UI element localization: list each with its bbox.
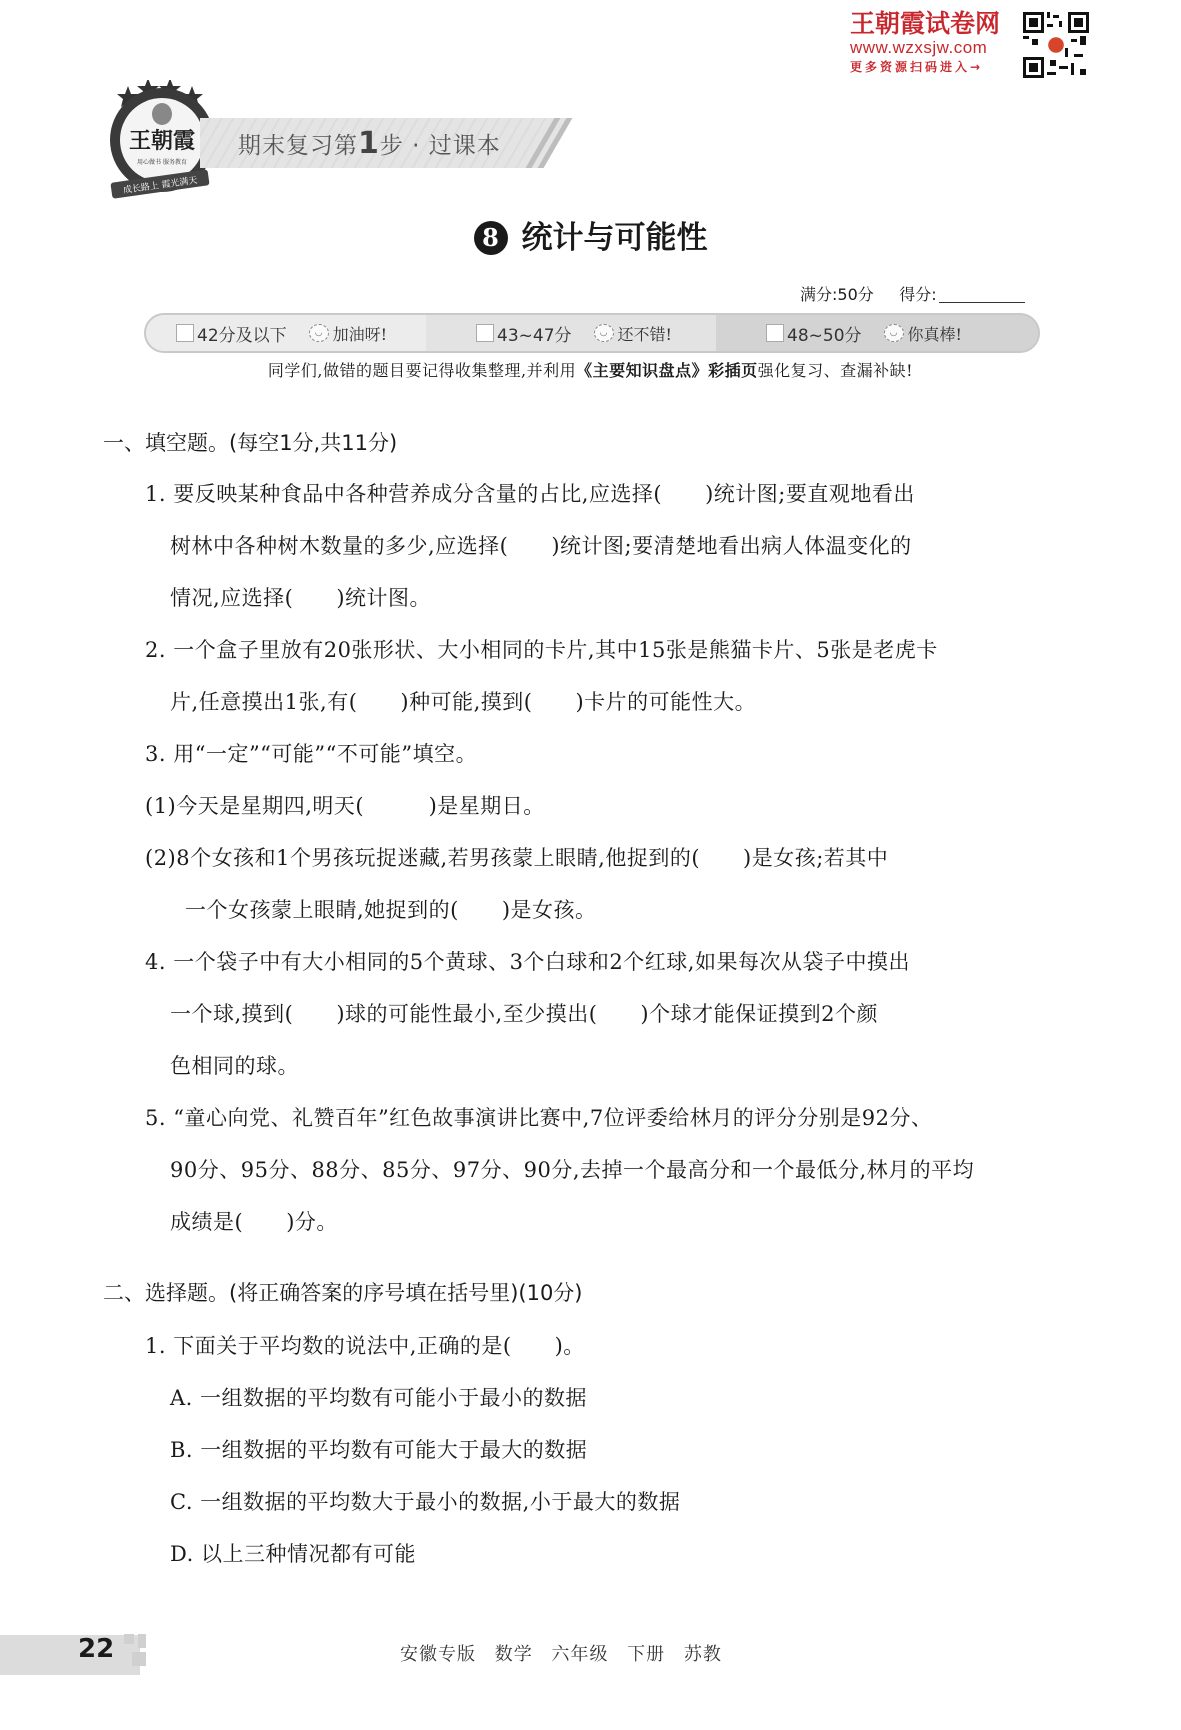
banner-title: 期末复习第1步 · 过课本	[238, 126, 501, 161]
grade-range: 43~47分	[497, 321, 572, 346]
question-line: 90分、95分、88分、85分、97分、90分,去掉一个最高分和一个最低分,林月…	[170, 1154, 974, 1184]
brand-tip: 更多资源扫码进入→	[850, 58, 1020, 76]
smile-face-icon: ◡	[594, 324, 614, 342]
question-line: 4. 一个袋子中有大小相同的5个黄球、3个白球和2个红球,如果每次从袋子中摸出	[145, 946, 910, 976]
brand-url[interactable]: www.wzxsjw.com	[850, 38, 1020, 58]
grade-message: 加油呀!	[333, 322, 387, 345]
grade-checkbox[interactable]	[176, 324, 194, 342]
footer-decoration	[138, 1634, 146, 1648]
cheer-face-icon: ◡	[309, 324, 329, 342]
score-input[interactable]	[939, 286, 1025, 303]
grade-checkbox[interactable]	[766, 324, 784, 342]
grade-message: 你真棒!	[908, 322, 962, 345]
question-line: 1. 要反映某种食品中各种营养成分含量的占比,应选择( )统计图;要直观地看出	[145, 478, 915, 508]
footer-decoration	[124, 1634, 134, 1644]
question-line: (1)今天是星期四,明天( )是星期日。	[145, 790, 545, 820]
choice-option-c: C. 一组数据的平均数大于最小的数据,小于最大的数据	[170, 1486, 680, 1516]
brand-block: 王朝霞试卷网 www.wzxsjw.com 更多资源扫码进入→	[850, 10, 1020, 76]
got-score-label: 得分:	[899, 285, 936, 304]
svg-text:王朝霞: 王朝霞	[129, 128, 195, 154]
footer-book-info: 安徽专版 数学 六年级 下册 苏教	[400, 1640, 722, 1666]
brand-title: 王朝霞试卷网	[850, 10, 1020, 38]
grade-segment-mid: 43~47分 ◡ 还不错!	[426, 315, 736, 351]
score-line: 满分:50分 得分:	[800, 282, 1025, 305]
footer-band	[0, 1635, 140, 1675]
question-line: 一个球,摸到( )球的可能性最小,至少摸出( )个球才能保证摸到2个颜	[170, 998, 878, 1028]
question-line: 情况,应选择( )统计图。	[170, 582, 431, 612]
choice-question: 1. 下面关于平均数的说法中,正确的是( )。	[145, 1330, 585, 1360]
question-line: 一个女孩蒙上眼睛,她捉到的( )是女孩。	[185, 894, 597, 924]
question-line: 色相同的球。	[170, 1050, 299, 1080]
svg-text:用心做书 服务教育: 用心做书 服务教育	[137, 158, 187, 166]
question-line: 树林中各种树木数量的多少,应选择( )统计图;要清楚地看出病人体温变化的	[170, 530, 912, 560]
question-line: 片,任意摸出1张,有( )种可能,摸到( )卡片的可能性大。	[170, 686, 756, 716]
grade-bar: 42分及以下 ◡ 加油呀! 43~47分 ◡ 还不错! 48~50分 ◡ 你真棒…	[144, 313, 1040, 353]
choice-option-a: A. 一组数据的平均数有可能小于最小的数据	[170, 1382, 587, 1412]
question-line: 3. 用“一定”“可能”“不可能”填空。	[145, 738, 477, 768]
section-title-fill-blank: 一、填空题。(每空1分,共11分)	[103, 427, 397, 457]
question-line: 成绩是( )分。	[170, 1206, 338, 1236]
qr-code-icon[interactable]	[1023, 12, 1089, 78]
full-score-label: 满分:50分	[800, 285, 874, 304]
question-line: (2)8个女孩和1个男孩玩捉迷藏,若男孩蒙上眼睛,他捉到的( )是女孩;若其中	[145, 842, 888, 872]
unit-title: 8统计与可能性	[0, 212, 1181, 257]
grade-range: 42分及以下	[197, 321, 287, 346]
question-line: 2. 一个盒子里放有20张形状、大小相同的卡片,其中15张是熊猫卡片、5张是老虎…	[145, 634, 938, 664]
grade-segment-low: 42分及以下 ◡ 加油呀!	[146, 315, 446, 351]
footer-decoration	[132, 1652, 146, 1666]
choice-option-d: D. 以上三种情况都有可能	[170, 1538, 416, 1568]
unit-number-badge: 8	[474, 221, 508, 255]
section-title-choice: 二、选择题。(将正确答案的序号填在括号里)(10分)	[103, 1277, 583, 1307]
grade-range: 48~50分	[787, 321, 862, 346]
grade-segment-high: 48~50分 ◡ 你真棒!	[716, 315, 1038, 351]
question-line: 5. “童心向党、礼赞百年”红色故事演讲比赛中,7位评委给林月的评分分别是92分…	[145, 1102, 932, 1132]
study-tip: 同学们,做错的题目要记得收集整理,并利用《主要知识盘点》彩插页强化复习、查漏补缺…	[0, 358, 1181, 381]
page-number: 22	[78, 1634, 114, 1664]
happy-face-icon: ◡	[884, 324, 904, 342]
grade-checkbox[interactable]	[476, 324, 494, 342]
unit-title-text: 统计与可能性	[522, 220, 708, 256]
choice-option-b: B. 一组数据的平均数有可能大于最大的数据	[170, 1434, 587, 1464]
grade-message: 还不错!	[618, 322, 672, 345]
